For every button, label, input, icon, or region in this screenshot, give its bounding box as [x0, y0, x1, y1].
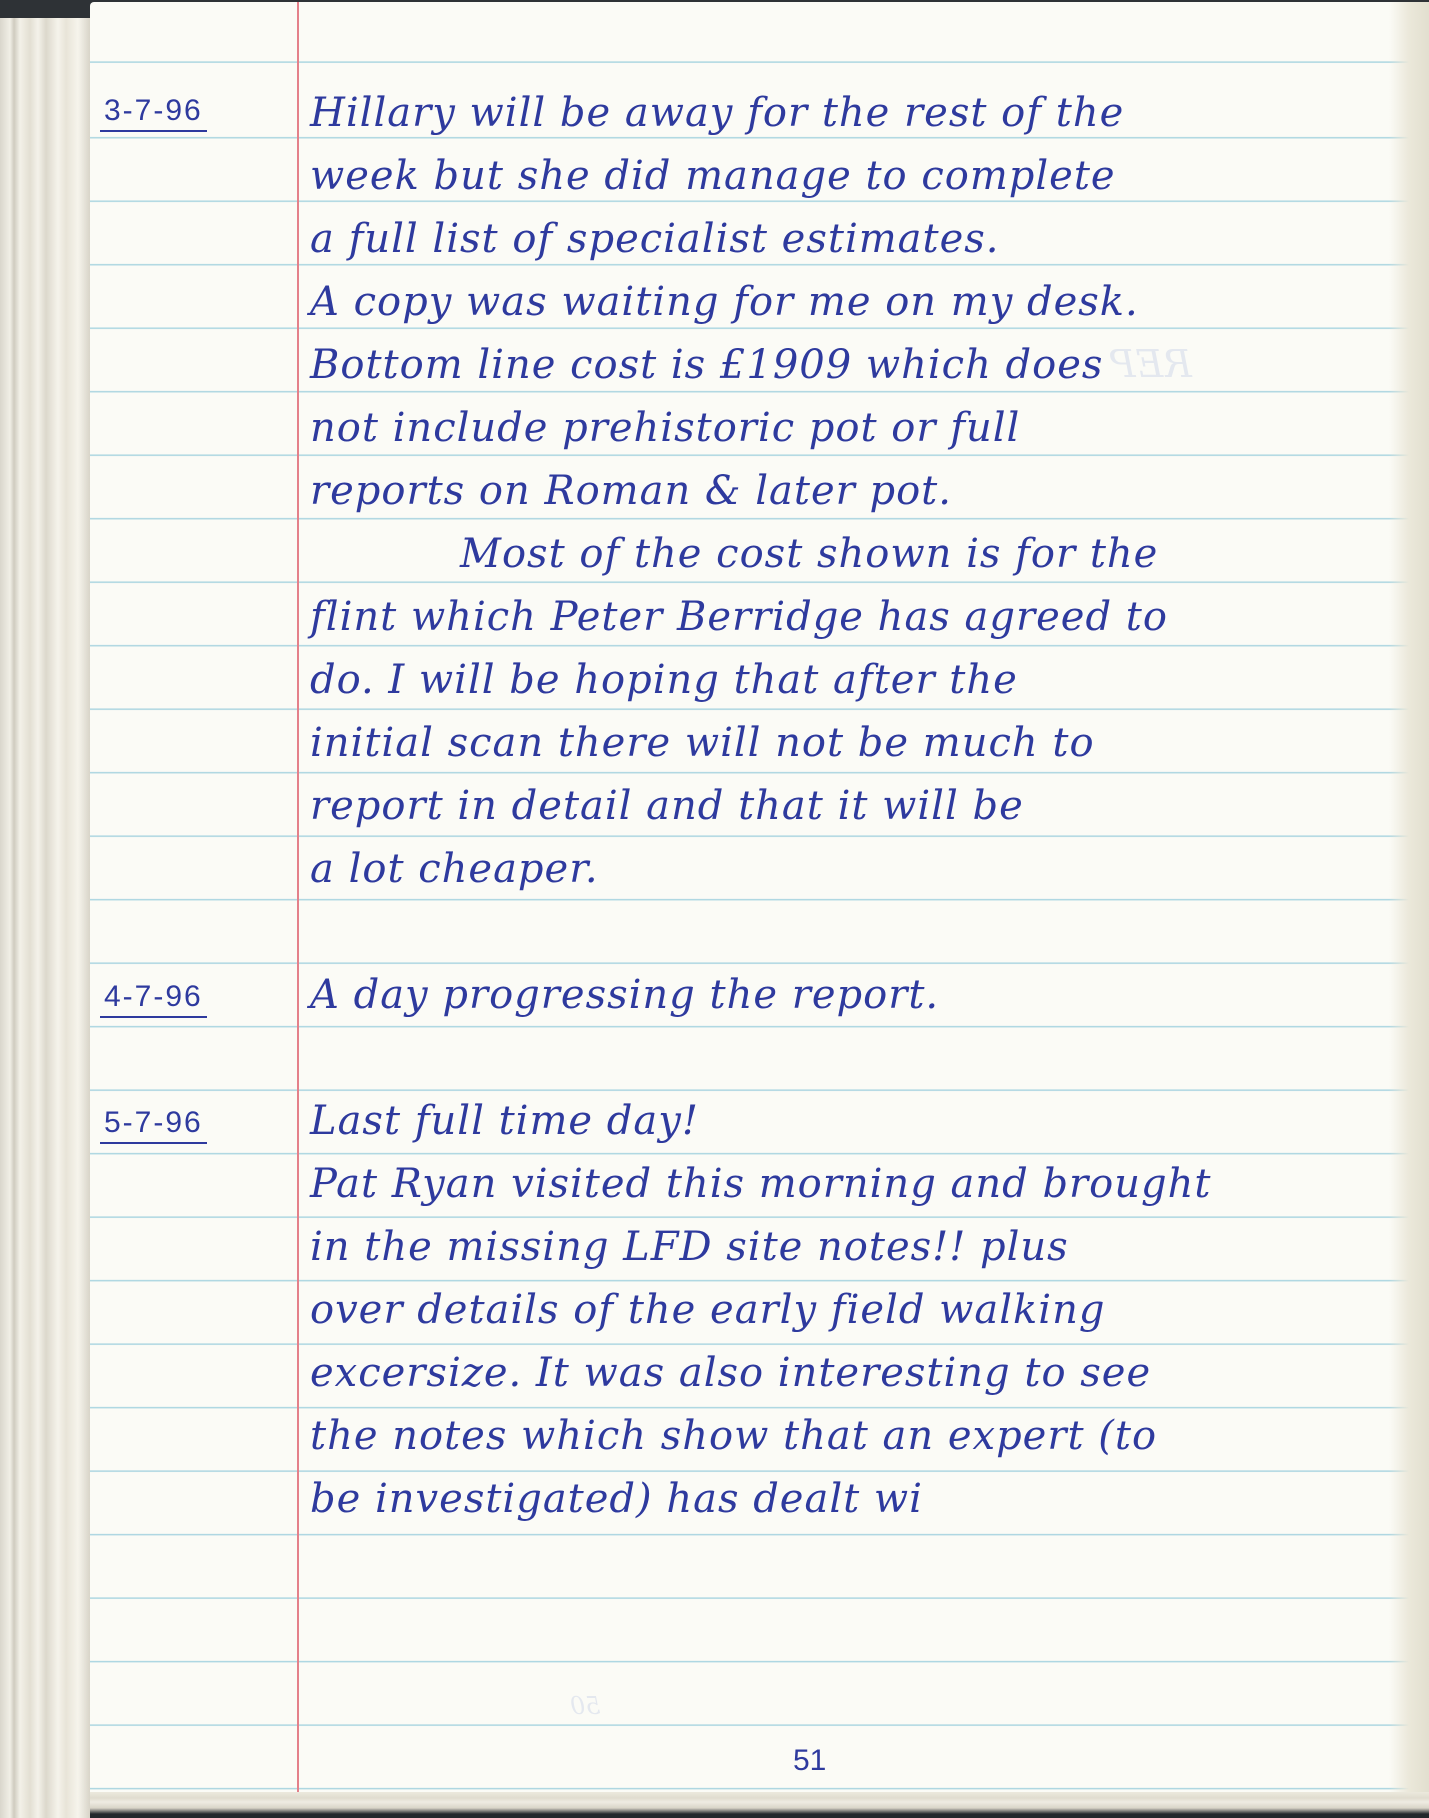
entry-line: Pat Ryan visited this morning and brough…: [310, 1161, 1211, 1207]
show-through-text: 50: [570, 1692, 601, 1720]
show-through-text: REP: [1110, 342, 1192, 386]
entry-line: a full list of specialist estimates.: [310, 216, 1000, 262]
notebook-page: REP 50 3-7-96 Hillary will be away for t…: [90, 2, 1429, 1792]
entry-line: not include prehistoric pot or full: [310, 405, 1020, 451]
entry-line: flint which Peter Berridge has agreed to: [310, 594, 1168, 640]
entry-line: over details of the early field walking: [310, 1287, 1105, 1333]
notebook-bottom-edge: [90, 1792, 1429, 1818]
entry-date: 3-7-96: [100, 94, 207, 132]
entry-line: the notes which show that an expert (to: [310, 1413, 1157, 1459]
entry-line: reports on Roman & later pot.: [310, 468, 952, 514]
entry-line: a lot cheaper.: [310, 846, 599, 892]
entry-line: initial scan there will not be much to: [310, 720, 1095, 766]
entry-line: in the missing LFD site notes!! plus: [310, 1224, 1069, 1270]
entry-line: be investigated) has dealt wi: [310, 1476, 923, 1522]
entry-line: week but she did manage to complete: [310, 153, 1116, 199]
entry-line: A day progressing the report.: [310, 972, 939, 1018]
entry-line: Bottom line cost is £1909 which does: [310, 342, 1103, 388]
page-number: 51: [793, 1744, 826, 1778]
entry-date: 4-7-96: [100, 980, 207, 1018]
entry-line: Hillary will be away for the rest of the: [310, 90, 1124, 136]
entry-date: 5-7-96: [100, 1106, 207, 1144]
entry-line: excersize. It was also interesting to se…: [310, 1350, 1151, 1396]
notebook-page-stack-edge: [0, 18, 100, 1818]
red-margin-line: [297, 2, 299, 1792]
entry-line: report in detail and that it will be: [310, 783, 1024, 829]
entry-line: Last full time day!: [310, 1098, 699, 1144]
entry-line: do. I will be hoping that after the: [310, 657, 1018, 703]
ruled-lines: [90, 2, 1429, 1792]
entry-line: Most of the cost shown is for the: [460, 531, 1158, 577]
entry-line: A copy was waiting for me on my desk.: [310, 279, 1139, 325]
